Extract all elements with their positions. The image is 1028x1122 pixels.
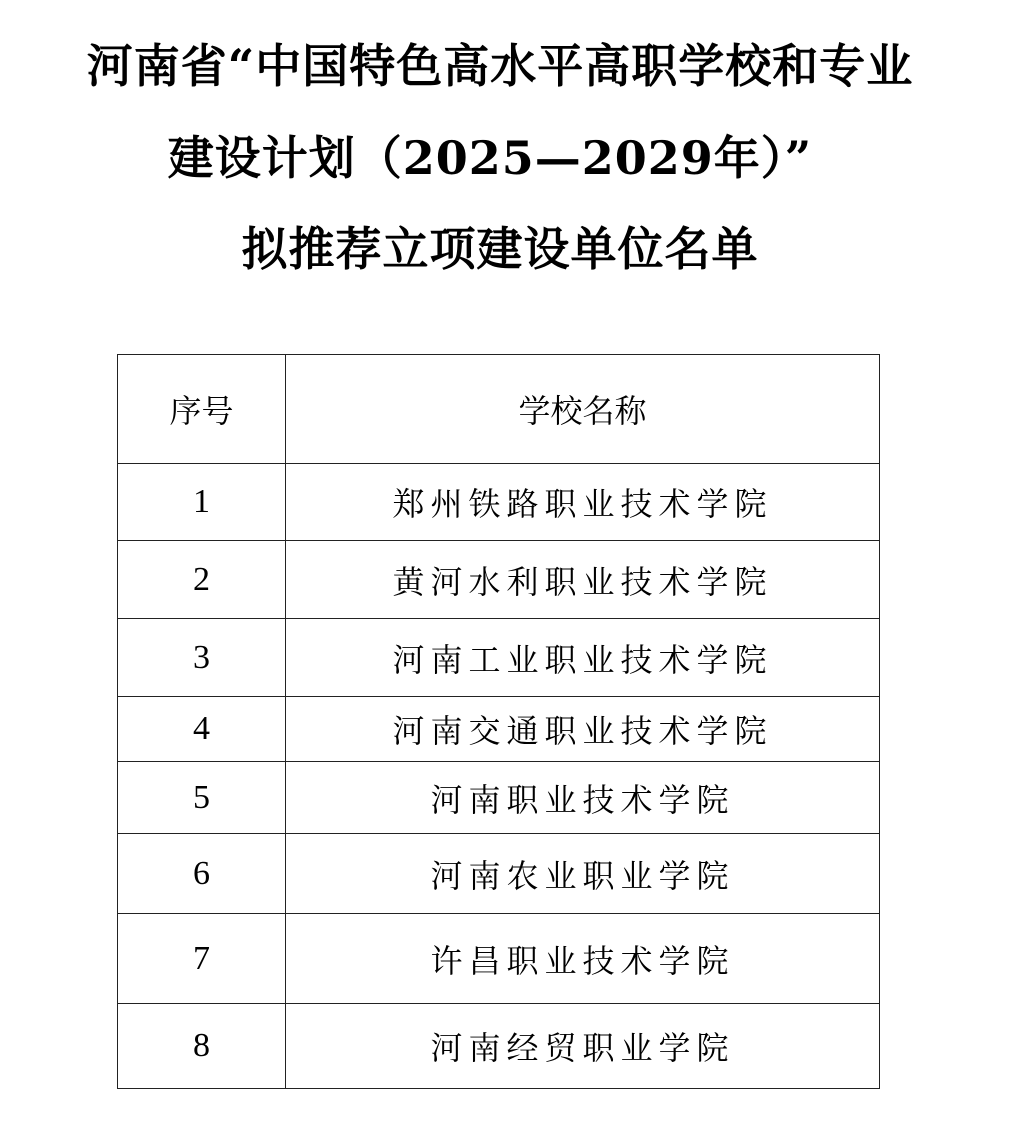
row-index: 2	[118, 541, 286, 619]
table-header-row: 序号 学校名称	[118, 355, 880, 464]
row-index: 6	[118, 834, 286, 914]
table-row: 8 河南经贸职业学院	[118, 1004, 880, 1089]
table-row: 3 河南工业职业技术学院	[118, 619, 880, 697]
row-index: 4	[118, 697, 286, 762]
row-index: 7	[118, 914, 286, 1004]
table-row: 5 河南职业技术学院	[118, 762, 880, 834]
row-index: 3	[118, 619, 286, 697]
table-row: 7 许昌职业技术学院	[118, 914, 880, 1004]
row-school-name: 河南农业职业学院	[286, 834, 880, 914]
table-row: 6 河南农业职业学院	[118, 834, 880, 914]
row-school-name: 河南工业职业技术学院	[286, 619, 880, 697]
row-index: 1	[118, 464, 286, 541]
row-school-name: 黄河水利职业技术学院	[286, 541, 880, 619]
row-school-name: 许昌职业技术学院	[286, 914, 880, 1004]
table-row: 2 黄河水利职业技术学院	[118, 541, 880, 619]
row-index: 5	[118, 762, 286, 834]
row-school-name: 河南交通职业技术学院	[286, 697, 880, 762]
header-school-name: 学校名称	[286, 355, 880, 464]
row-school-name: 郑州铁路职业技术学院	[286, 464, 880, 541]
header-index: 序号	[118, 355, 286, 464]
school-list-table: 序号 学校名称 1 郑州铁路职业技术学院 2 黄河水利职业技术学院 3 河南工业…	[117, 354, 880, 1089]
row-school-name: 河南经贸职业学院	[286, 1004, 880, 1089]
table-row: 1 郑州铁路职业技术学院	[118, 464, 880, 541]
title-line-3: 拟推荐立项建设单位名单	[0, 213, 1000, 279]
row-school-name: 河南职业技术学院	[286, 762, 880, 834]
title-line-2: 建设计划（2025—2029年）”	[0, 122, 990, 188]
title-line-1: 河南省“中国特色高水平高职学校和专业	[0, 30, 1000, 96]
row-index: 8	[118, 1004, 286, 1089]
table-row: 4 河南交通职业技术学院	[118, 697, 880, 762]
